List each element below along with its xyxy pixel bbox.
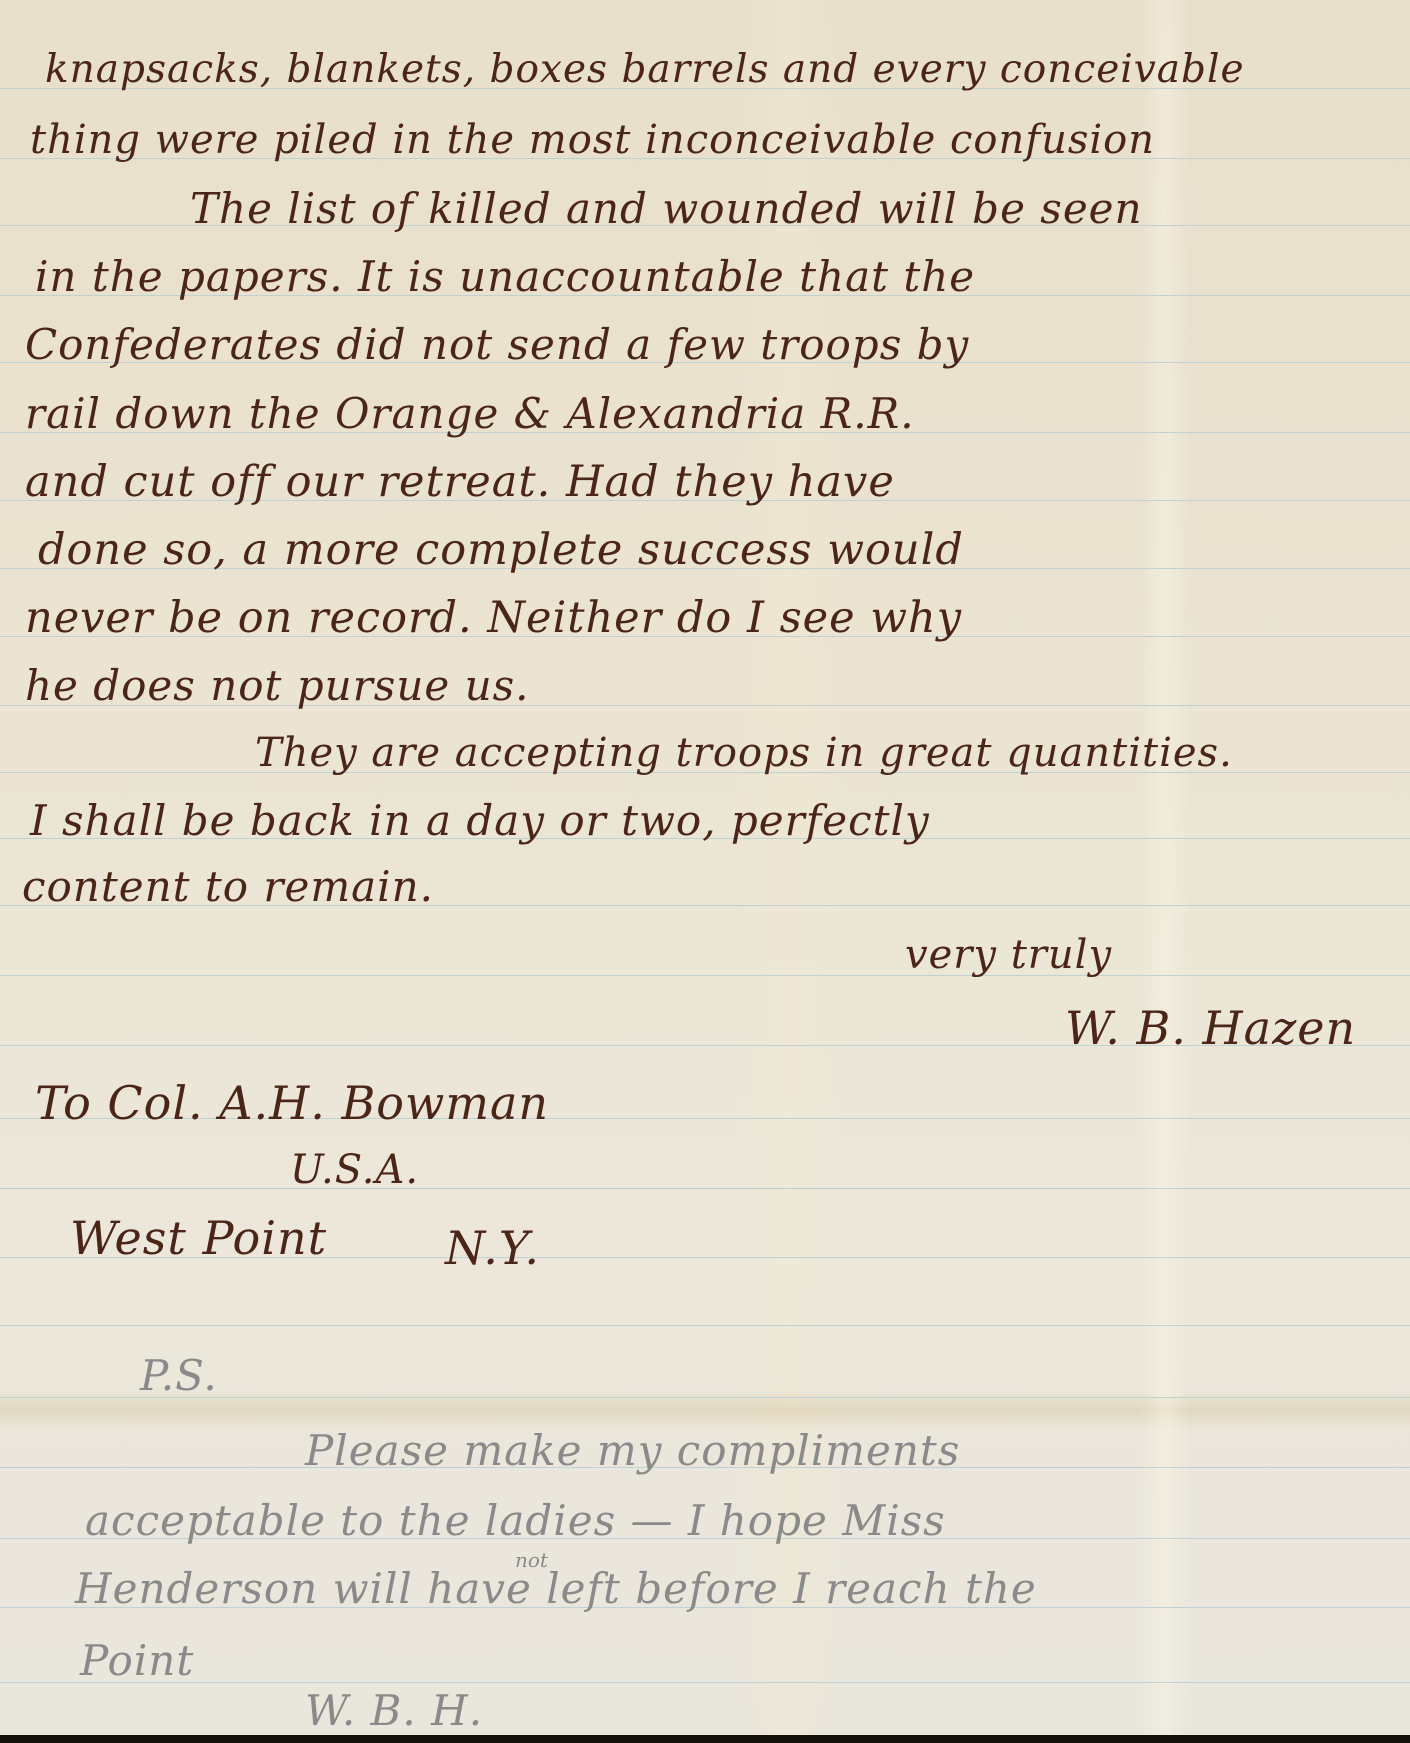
ruled-line xyxy=(0,1188,1410,1189)
address-place: West Point xyxy=(70,1215,327,1261)
ruled-line xyxy=(0,1682,1410,1683)
body-line-9: never be on record. Neither do I see why xyxy=(25,597,962,640)
body-line-5: Confederates did not send a few troops b… xyxy=(25,324,969,366)
postscript-line-3: Henderson will have left before I reach … xyxy=(75,1568,1037,1610)
signature: W. B. Hazen xyxy=(1065,1005,1356,1051)
postscript-line-4: Point xyxy=(80,1640,194,1682)
letter-page: knapsacks, blankets, boxes barrels and e… xyxy=(0,0,1410,1735)
body-line-1: knapsacks, blankets, boxes barrels and e… xyxy=(45,50,1245,89)
paper-fold-vertical xyxy=(1140,0,1190,1735)
address-state: N.Y. xyxy=(445,1225,540,1271)
closing-line: very truly xyxy=(905,935,1112,975)
body-line-11: They are accepting troops in great quant… xyxy=(255,733,1233,773)
postscript-label: P.S. xyxy=(140,1355,218,1397)
ruled-line xyxy=(0,1325,1410,1326)
body-line-13: content to remain. xyxy=(22,866,434,908)
postscript-line-1: Please make my compliments xyxy=(305,1430,960,1472)
page-bottom-edge xyxy=(0,1735,1410,1743)
body-line-10: he does not pursue us. xyxy=(25,665,530,707)
ruled-line xyxy=(0,975,1410,976)
body-line-12: I shall be back in a day or two, perfect… xyxy=(30,800,930,842)
body-line-3: The list of killed and wounded will be s… xyxy=(190,188,1143,230)
body-line-7: and cut off our retreat. Had they have xyxy=(25,461,895,504)
address-rank: U.S.A. xyxy=(290,1150,419,1190)
body-line-8: done so, a more complete success would xyxy=(38,529,964,572)
body-line-4: in the papers. It is unaccountable that … xyxy=(35,256,975,298)
address-recipient: To Col. A.H. Bowman xyxy=(35,1080,549,1126)
postscript-initials: W. B. H. xyxy=(305,1690,483,1732)
postscript-line-2: acceptable to the ladies — I hope Miss xyxy=(85,1500,946,1542)
body-line-6: rail down the Orange & Alexandria R.R. xyxy=(25,393,915,435)
body-line-2: thing were piled in the most inconceivab… xyxy=(30,120,1155,160)
